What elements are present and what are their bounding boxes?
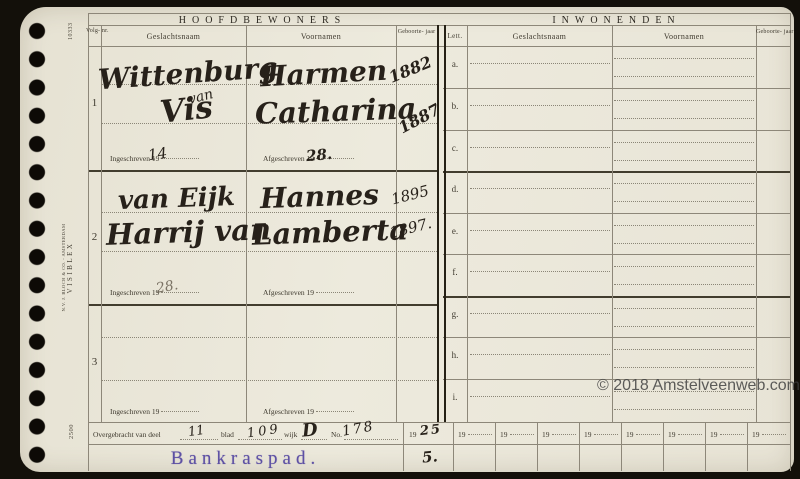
- dotted-leader: [552, 433, 576, 435]
- row-letter: e.: [443, 226, 467, 236]
- writing-line: [614, 367, 754, 368]
- writing-line: [470, 271, 610, 272]
- writing-line: [101, 380, 437, 381]
- grid-line: [790, 13, 791, 471]
- grid-line: [403, 422, 404, 471]
- year-cell: 19: [584, 430, 618, 439]
- writing-line: [470, 147, 610, 148]
- dotted-leader: [720, 433, 744, 435]
- blad-label: blad: [221, 430, 234, 439]
- dotted-leader: [344, 439, 398, 440]
- row-letter: g.: [443, 309, 467, 319]
- year-cell: 19: [458, 430, 492, 439]
- afgeschreven-text: Afgeschreven 19: [263, 288, 314, 297]
- year-cell: 19: [626, 430, 660, 439]
- handwritten-wijk: D: [301, 419, 318, 441]
- row-letter: b.: [443, 101, 467, 111]
- ingeschreven-text: Ingeschreven 19: [110, 288, 159, 297]
- writing-line: [614, 76, 754, 77]
- writing-line: [614, 284, 754, 285]
- year-cell-label: 19: [458, 430, 466, 439]
- grid-line: [443, 88, 790, 89]
- year-cell-label: 19: [668, 430, 676, 439]
- year-cell: 19: [668, 430, 702, 439]
- form-number: 10333: [68, 23, 74, 41]
- grid-line: [705, 422, 706, 471]
- writing-line: [614, 183, 754, 184]
- dotted-leader: [161, 410, 199, 412]
- writing-line: [614, 58, 754, 59]
- year-cell-label: 19: [500, 430, 508, 439]
- ingeschreven-label: Ingeschreven 19: [110, 407, 199, 416]
- grid-line: [663, 422, 664, 471]
- entry-separator: [88, 170, 437, 172]
- afgeschreven-label: Afgeschreven 19: [263, 288, 354, 297]
- year-cell-label: 19: [584, 430, 592, 439]
- grid-line: [443, 254, 790, 255]
- row-letter: c.: [443, 143, 467, 153]
- register-card: 10333 N.V. J. BLOCH & CO. - AMSTERDAM VI…: [20, 7, 794, 472]
- row-letter: d.: [443, 184, 467, 194]
- writing-line: [614, 201, 754, 202]
- grid-line: [443, 130, 790, 131]
- writing-line: [614, 160, 754, 161]
- year-cell: 19: [710, 430, 744, 439]
- writing-line: [614, 100, 754, 101]
- col-header-geboortejaar: Geboorte- jaar: [756, 29, 790, 36]
- grid-line: [443, 337, 790, 338]
- year-cell: 19: [542, 430, 576, 439]
- handwritten-afgeschreven-year: 28.: [305, 145, 333, 165]
- grid-line: [88, 13, 790, 14]
- grid-line: [756, 25, 757, 422]
- writing-line: [470, 313, 610, 314]
- grid-line: [467, 25, 468, 422]
- writing-line: [470, 105, 610, 106]
- entry-number: 2: [88, 231, 101, 243]
- writing-line: [614, 326, 754, 327]
- handwritten-deel: 11: [187, 423, 205, 440]
- col-header-geboortejaar: Geboorte- jaar: [396, 29, 437, 36]
- grid-line: [621, 422, 622, 471]
- writing-line: [614, 266, 754, 267]
- handwritten-surname: Vis: [158, 89, 214, 130]
- dotted-leader: [316, 291, 354, 293]
- afgeschreven-label: Afgeschreven 19: [263, 407, 354, 416]
- grid-line: [747, 422, 748, 471]
- col-header-geslachtsnaam: Geslachtsnaam: [101, 32, 246, 41]
- handwritten-firstname: Lamberta: [251, 212, 408, 251]
- watermark: © 2018 Amstelveenweb.com: [597, 377, 800, 395]
- year-cell-label: 19: [710, 430, 718, 439]
- year-cell-label: 19: [752, 430, 760, 439]
- grid-line: [579, 422, 580, 471]
- dotted-leader: [316, 410, 354, 412]
- grid-line: [88, 444, 790, 445]
- col-header-voornamen: Voornamen: [612, 32, 756, 41]
- dotted-leader: [678, 433, 702, 435]
- handwritten-firstname: Catharina: [254, 91, 416, 131]
- handwritten-year: 25: [419, 422, 443, 439]
- no-label: No.: [331, 430, 342, 439]
- dotted-leader: [762, 433, 786, 435]
- col-header-geslachtsnaam: Geslachtsnaam: [467, 32, 612, 41]
- writing-line: [614, 142, 754, 143]
- writing-line: [614, 308, 754, 309]
- row-group-separator: [443, 171, 790, 173]
- writing-line: [470, 396, 610, 397]
- dotted-leader: [180, 439, 218, 440]
- col-header-lett: Lett.: [443, 32, 467, 40]
- writing-line: [614, 118, 754, 119]
- scanned-register-card-photo: 10333 N.V. J. BLOCH & CO. - AMSTERDAM VI…: [0, 0, 800, 479]
- handwritten-day: 5.: [421, 447, 438, 466]
- dotted-leader: [594, 433, 618, 435]
- row-letter: a.: [443, 59, 467, 69]
- handwritten-surname: van Eijk: [118, 182, 236, 216]
- row-letter: h.: [443, 350, 467, 360]
- writing-line: [614, 409, 754, 410]
- year-cell-label: 19: [626, 430, 634, 439]
- col-header-voornamen: Voornamen: [246, 32, 396, 41]
- dotted-leader: [636, 433, 660, 435]
- brand-name: VISIBLEX: [66, 220, 74, 315]
- entry-separator: [88, 304, 437, 306]
- writing-line: [614, 243, 754, 244]
- street-stamp: Bankraspad.: [88, 448, 403, 470]
- row-group-separator: [443, 296, 790, 298]
- grid-line: [443, 213, 790, 214]
- handwritten-firstname: Harmen: [259, 54, 388, 94]
- grid-line: [537, 422, 538, 471]
- writing-line: [101, 337, 437, 338]
- punch-holes: [28, 17, 46, 469]
- year-cell-label: 19: [409, 430, 417, 439]
- writing-line: [614, 225, 754, 226]
- writing-line: [470, 230, 610, 231]
- ingeschreven-text: Ingeschreven 19: [110, 407, 159, 416]
- grid-line: [453, 422, 454, 471]
- dotted-leader: [510, 433, 534, 435]
- writing-line: [470, 354, 610, 355]
- handwritten-firstname: Hannes: [259, 178, 379, 215]
- entry-number: 1: [88, 97, 101, 109]
- grid-line: [495, 422, 496, 471]
- handwritten-surname: Harrij van: [105, 212, 271, 252]
- year-cell: 19: [500, 430, 534, 439]
- writing-line: [614, 349, 754, 350]
- wijk-label: wijk: [284, 430, 297, 439]
- card-center-rule: [437, 25, 446, 422]
- dotted-leader: [468, 433, 492, 435]
- ingeschreven-label: Ingeschreven 19: [110, 288, 199, 297]
- printer-imprint: N.V. J. BLOCH & CO. - AMSTERDAM VISIBLEX: [61, 220, 74, 315]
- print-run-number: 2500: [68, 424, 75, 439]
- handwritten-birthyear: 1882: [386, 52, 434, 86]
- handwritten-ingeschreven-year: 14: [147, 144, 168, 164]
- year-cell: 19: [752, 430, 786, 439]
- row-letter: f.: [443, 267, 467, 277]
- overgebracht-label: Overgebracht van deel: [93, 430, 161, 439]
- grid-line: [612, 25, 613, 422]
- year-cell-label: 19: [542, 430, 550, 439]
- entry-number: 3: [88, 356, 101, 368]
- writing-line: [470, 188, 610, 189]
- writing-line: [470, 63, 610, 64]
- handwritten-surname: Wittenburg: [97, 51, 279, 96]
- afgeschreven-text: Afgeschreven 19: [263, 407, 314, 416]
- row-letter: i.: [443, 392, 467, 402]
